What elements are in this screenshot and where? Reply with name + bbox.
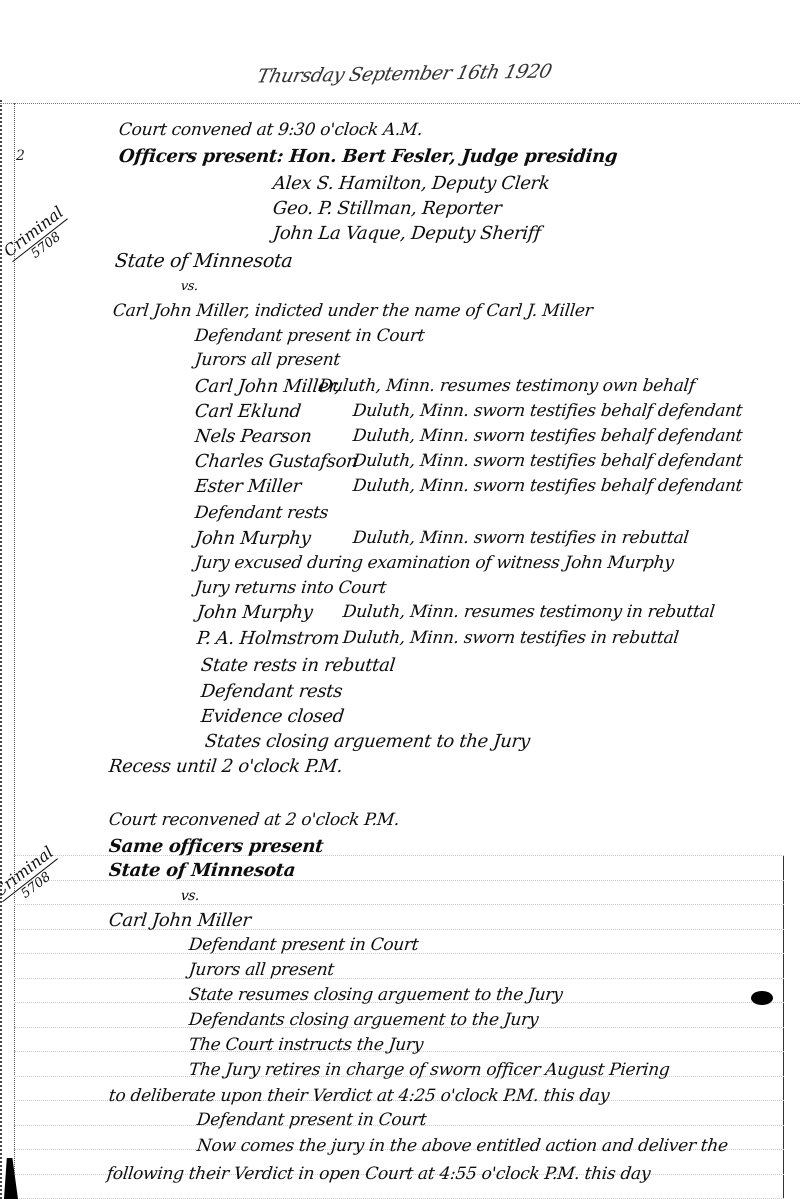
- court-reconvened-line: Court reconvened at 2 o'clock P.M.: [108, 812, 400, 829]
- witness-entry: Duluth, Minn. sworn testifies behalf def…: [352, 403, 743, 420]
- margin-mark: 2: [16, 148, 25, 164]
- case-defendant: Carl John Miller, indicted under the nam…: [112, 303, 593, 320]
- court-convened-line: Court convened at 9:30 o'clock A.M.: [118, 122, 423, 139]
- page-left-edge: [0, 100, 5, 1199]
- case-plaintiff-2: State of Minnesota: [108, 862, 296, 880]
- case-versus-2: vs.: [180, 889, 200, 903]
- defendant-present-line: Defendant present in Court: [194, 328, 425, 345]
- witness-name: Ester Miller: [194, 478, 302, 496]
- evidence-closed-line: Evidence closed: [200, 708, 345, 726]
- witness-entry: Duluth, Minn. sworn testifies behalf def…: [352, 453, 743, 470]
- defendant-rests-line-2: Defendant rests: [200, 683, 343, 701]
- case-plaintiff: State of Minnesota: [114, 252, 293, 271]
- header-rule: [0, 103, 800, 104]
- deliberation-line: to deliberate upon their Verdict at 4:25…: [108, 1088, 610, 1105]
- officer-reporter: Geo. P. Stillman, Reporter: [272, 200, 502, 218]
- ledger-page: Thursday September 16th 1920 2 Criminal …: [0, 0, 800, 1199]
- ink-blot: [751, 991, 773, 1005]
- witness-name: P. A. Holmstrom: [196, 630, 340, 648]
- case-defendant-2: Carl John Miller: [108, 912, 252, 930]
- jury-returns-line: Jury returns into Court: [194, 580, 387, 597]
- proceeding-line: The Jury retires in charge of sworn offi…: [188, 1062, 670, 1079]
- verdict-line-2: following their Verdict in open Court at…: [106, 1166, 651, 1183]
- witness-name: John Murphy: [196, 604, 313, 622]
- date-header: Thursday September 16th 1920: [255, 60, 554, 87]
- margin-note-criminal-case: Criminal 5708: [0, 202, 77, 274]
- witness-entry: Duluth, Minn. resumes testimony in rebut…: [342, 604, 715, 621]
- witness-entry: Duluth, Minn. resumes testimony own beha…: [318, 378, 696, 395]
- witness-entry: Duluth, Minn. sworn testifies in rebutta…: [342, 630, 679, 647]
- officer-deputy-sheriff: John La Vaque, Deputy Sheriff: [272, 225, 541, 243]
- witness-entry: Duluth, Minn. sworn testifies in rebutta…: [352, 530, 689, 547]
- ruled-line: [14, 978, 784, 979]
- proceeding-line: Jurors all present: [188, 962, 335, 979]
- witness-name: Nels Pearson: [194, 428, 312, 446]
- witness-name: Charles Gustafson: [194, 453, 358, 471]
- defendant-present-line-2: Defendant present in Court: [196, 1112, 427, 1129]
- officers-present-line: Officers present: Hon. Bert Fesler, Judg…: [118, 148, 618, 166]
- recess-line: Recess until 2 o'clock P.M.: [108, 758, 343, 776]
- witness-name: Carl Eklund: [194, 403, 302, 421]
- verdict-line-1: Now comes the jury in the above entitled…: [196, 1138, 729, 1155]
- witness-entry: Duluth, Minn. sworn testifies behalf def…: [352, 428, 743, 445]
- witness-entry: Duluth, Minn. sworn testifies behalf def…: [352, 478, 743, 495]
- proceeding-line: State resumes closing arguement to the J…: [188, 987, 563, 1004]
- officer-deputy-clerk: Alex S. Hamilton, Deputy Clerk: [272, 175, 550, 193]
- jurors-present-line: Jurors all present: [194, 352, 341, 369]
- defendant-rests-line: Defendant rests: [194, 505, 329, 522]
- left-margin-rule: [14, 103, 15, 1199]
- proceeding-line: Defendants closing arguement to the Jury: [188, 1012, 539, 1029]
- proceeding-line: Defendant present in Court: [188, 937, 419, 954]
- jury-excused-line: Jury excused during examination of witne…: [194, 555, 674, 572]
- proceeding-line: The Court instructs the Jury: [188, 1037, 424, 1054]
- binding-smudge: [4, 1158, 18, 1199]
- same-officers-line: Same officers present: [108, 838, 324, 856]
- state-rests-line: State rests in rebuttal: [200, 657, 396, 675]
- ruled-line: [14, 904, 784, 905]
- state-closing-argument-line: States closing arguement to the Jury: [204, 733, 531, 751]
- witness-name: John Murphy: [194, 530, 311, 548]
- case-versus: vs.: [180, 280, 199, 293]
